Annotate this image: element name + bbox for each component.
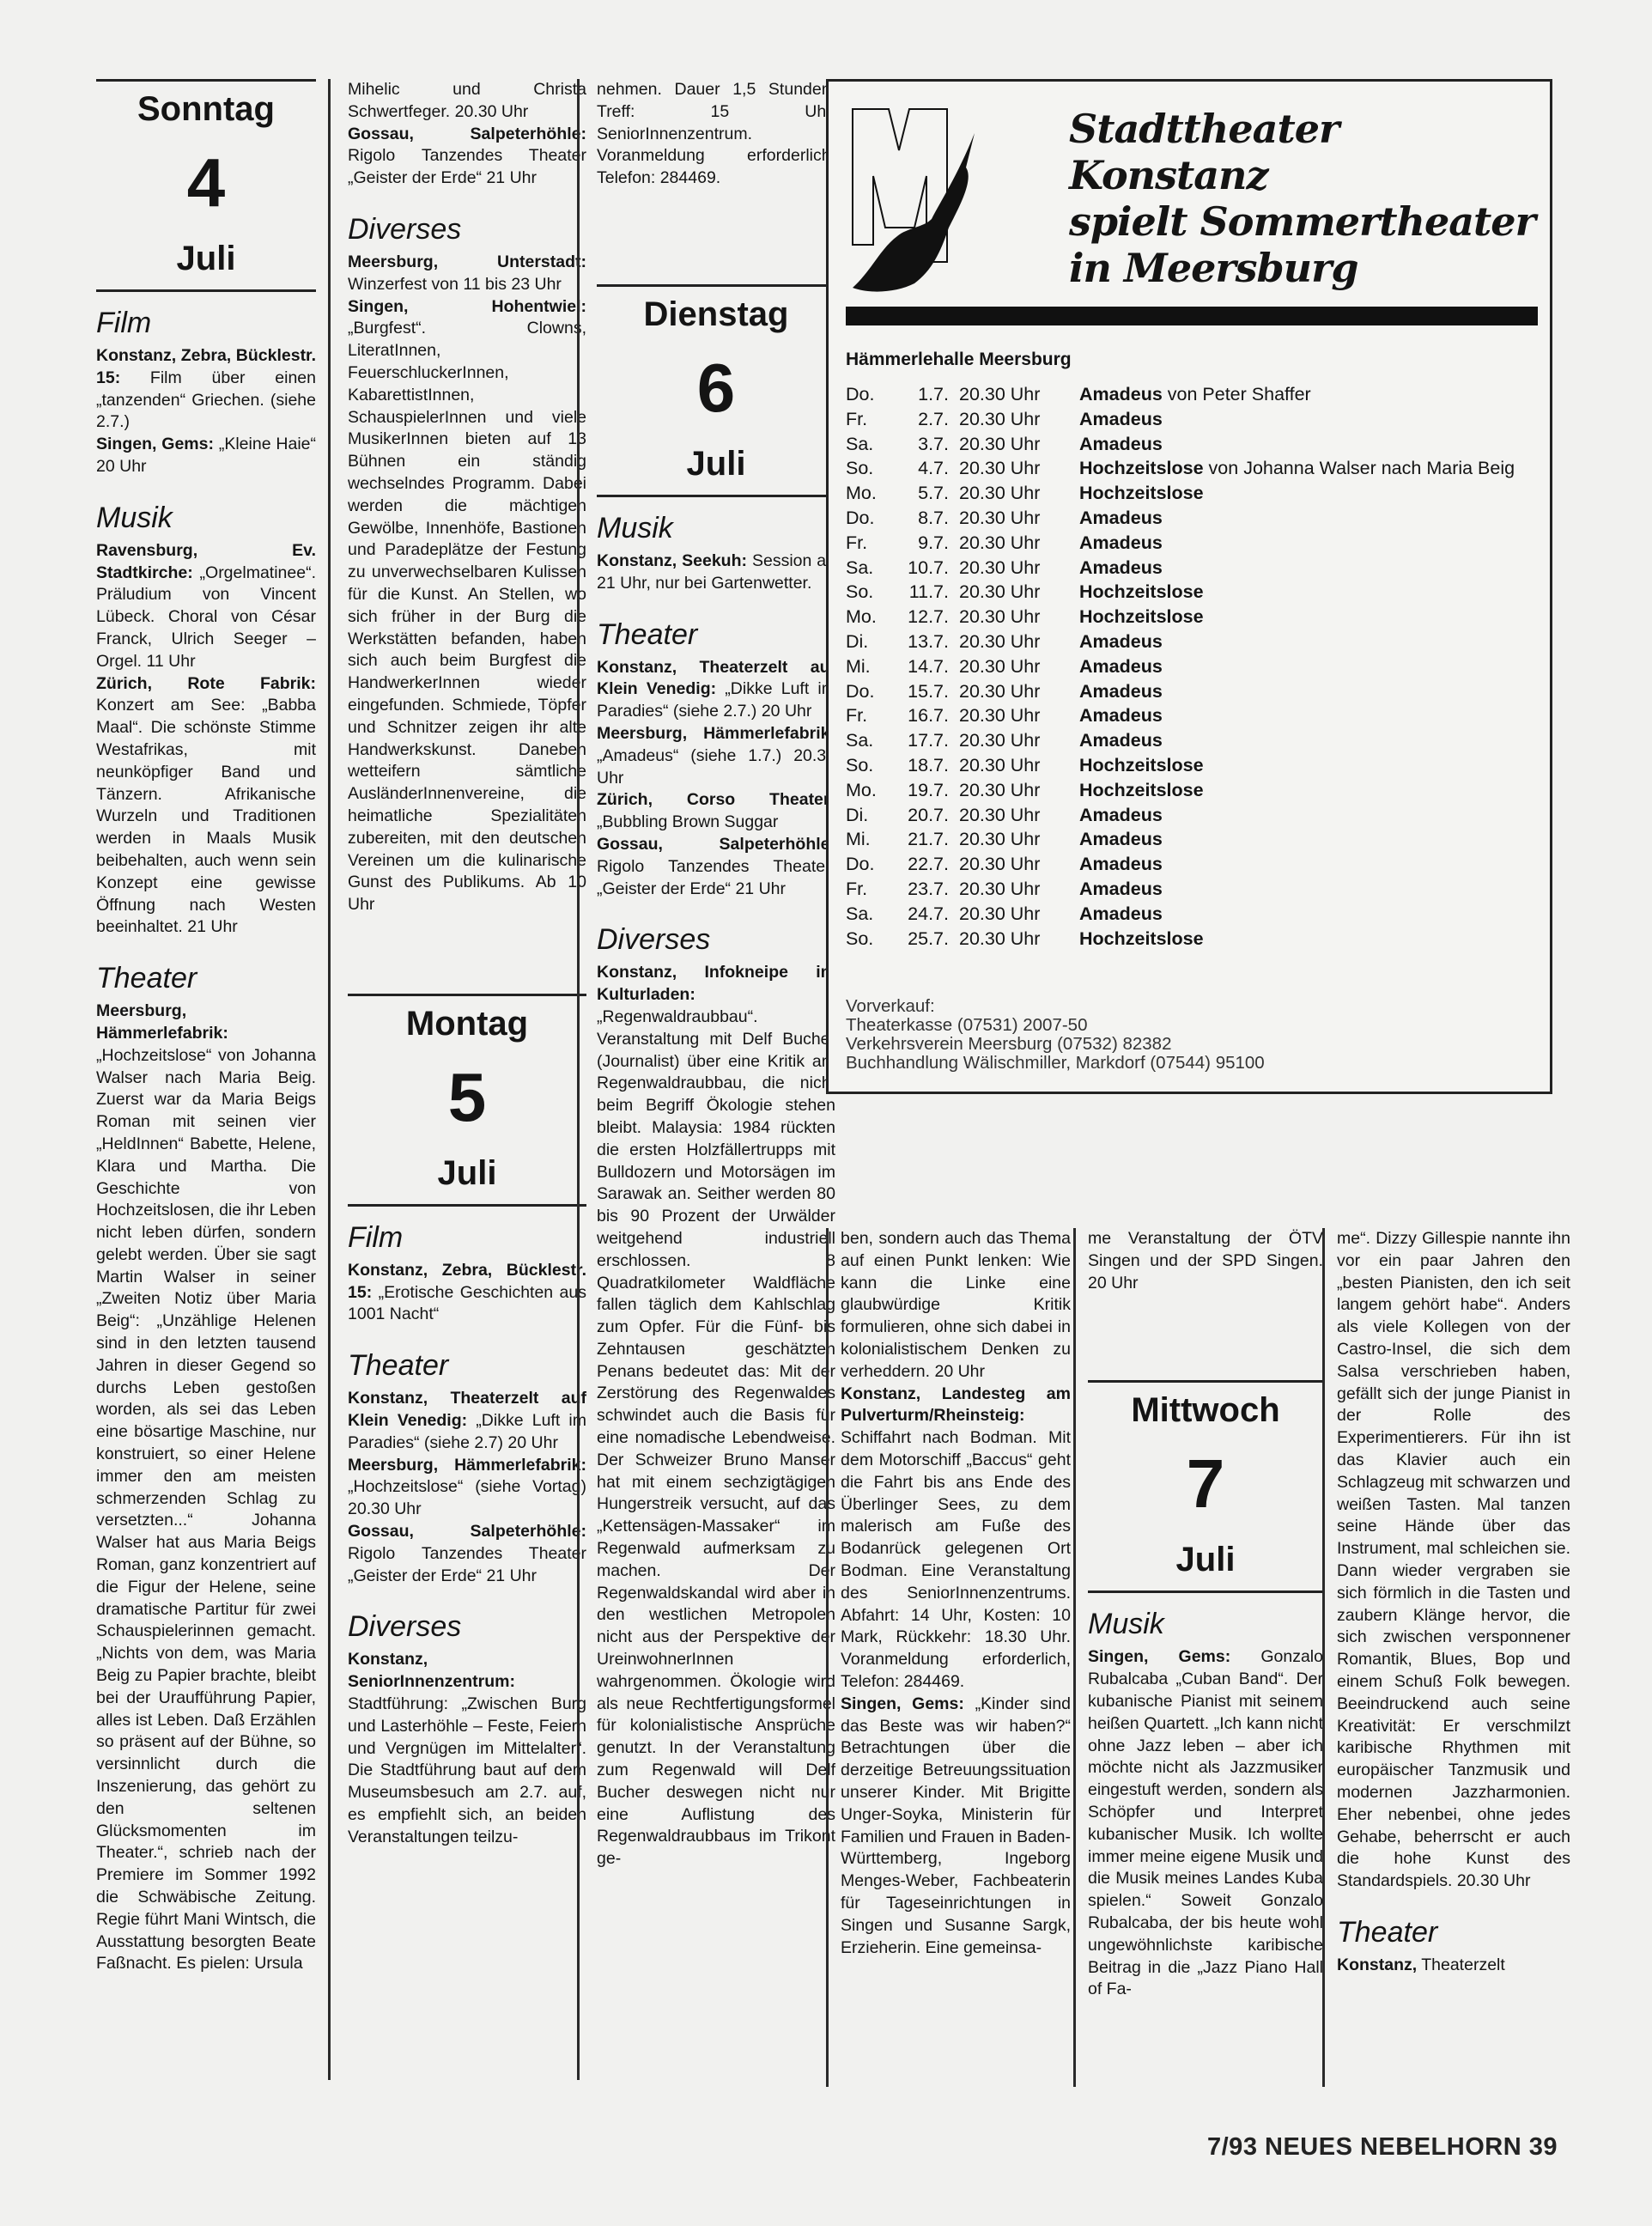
column-5: ben, sondern auch das Thema auf einen Pu…: [826, 1228, 1071, 2087]
column-6: me Veranstaltung der ÖTV Singen und der …: [1073, 1228, 1323, 2087]
month: Juli: [96, 234, 316, 283]
schedule-row: Sa.10.7.20.30 UhrAmadeus: [846, 556, 1515, 581]
schedule-row: Fr.2.7.20.30 UhrAmadeus: [846, 407, 1515, 432]
schedule-row: Di.13.7.20.30 UhrAmadeus: [846, 629, 1515, 654]
day-number: 5: [348, 1046, 586, 1149]
schedule-row: Sa.17.7.20.30 UhrAmadeus: [846, 728, 1515, 753]
category-heading: Film: [96, 306, 316, 340]
day-header-tuesday: Dienstag 6 Juli: [597, 284, 835, 497]
event-listing: Gossau, Salpeterhöhle: Rigolo Tanzendes …: [348, 1521, 586, 1587]
category-heading: Theater: [1337, 1915, 1570, 1949]
ad-headline: Stadttheater Konstanz spielt Sommertheat…: [1069, 106, 1550, 291]
event-listing: Meersburg, Unterstadt: Winzerfest von 11…: [348, 252, 586, 296]
svg-text:M: M: [877, 227, 878, 228]
day-number: 4: [96, 131, 316, 234]
weekday: Montag: [348, 1001, 586, 1046]
performance-schedule: Do.1.7.20.30 UhrAmadeus von Peter Shaffe…: [846, 382, 1515, 951]
event-listing: Singen, Gems: „Kleine Haie“ 20 Uhr: [96, 434, 316, 478]
divider-bar: [846, 307, 1538, 325]
schedule-row: Mo.5.7.20.30 UhrHochzeitslose: [846, 481, 1515, 506]
continued-text: ben, sondern auch das Thema auf einen Pu…: [841, 1228, 1071, 1384]
schedule-row: Do.22.7.20.30 UhrAmadeus: [846, 852, 1515, 877]
schedule-row: Mi.14.7.20.30 UhrAmadeus: [846, 654, 1515, 679]
schedule-row: So.25.7.20.30 UhrHochzeitslose: [846, 927, 1515, 952]
event-listing: Singen, Gems: Gonzalo Rubalcaba „Cuban B…: [1088, 1646, 1323, 2001]
schedule-row: So.18.7.20.30 UhrHochzeitslose: [846, 753, 1515, 778]
schedule-row: So.4.7.20.30 UhrHochzeitslose von Johann…: [846, 456, 1515, 481]
continued-text: me Veranstaltung der ÖTV Singen und der …: [1088, 1228, 1323, 1294]
schedule-row: Mo.12.7.20.30 UhrHochzeitslose: [846, 605, 1515, 629]
month: Juli: [1088, 1536, 1323, 1584]
category-heading: Theater: [597, 617, 835, 652]
event-listing: Konstanz, SeniorInnenzentrum: Stadtführu…: [348, 1649, 586, 1848]
day-header-wednesday: Mittwoch 7 Juli: [1088, 1380, 1323, 1593]
schedule-row: Do.1.7.20.30 UhrAmadeus von Peter Shaffe…: [846, 382, 1515, 407]
event-listing: Konstanz, Zebra, Bücklestr. 15: Film übe…: [96, 345, 316, 434]
column-3: nehmen. Dauer 1,5 Stunden, Treff: 15 Uhr…: [577, 79, 835, 2080]
schedule-row: So.11.7.20.30 UhrHochzeitslose: [846, 580, 1515, 605]
continued-text: me“. Dizzy Gillespie nannte ihn vor ein …: [1337, 1228, 1570, 1893]
schedule-row: Do.8.7.20.30 UhrAmadeus: [846, 506, 1515, 531]
day-header-sunday: Sonntag 4 Juli: [96, 79, 316, 292]
event-listing: Singen, Gems: „Kinder sind das Beste was…: [841, 1694, 1071, 1960]
event-listing: Zürich, Corso Theater: „Bubbling Brown S…: [597, 789, 835, 834]
column-7: me“. Dizzy Gillespie nannte ihn vor ein …: [1322, 1228, 1570, 2087]
schedule-row: Mi.21.7.20.30 UhrAmadeus: [846, 827, 1515, 852]
event-listing: Konstanz, Theaterzelt auf Klein Venedig:…: [348, 1388, 586, 1454]
month: Juli: [597, 440, 835, 488]
event-listing: Konstanz, Zebra, Bücklestr. 15: „Erotisc…: [348, 1260, 586, 1326]
event-listing: Meersburg, Hämmerlefabrik: „Hochzeitslos…: [96, 1000, 316, 1975]
schedule-row: Di.20.7.20.30 UhrAmadeus: [846, 803, 1515, 828]
weekday: Sonntag: [96, 87, 316, 131]
schedule-row: Sa.24.7.20.30 UhrAmadeus: [846, 902, 1515, 927]
event-listing: Meersburg, Hämmerlefabrik: „Amadeus“ (si…: [597, 723, 835, 789]
theater-advertisement: M Stadttheater Konstanz spielt Sommerthe…: [826, 79, 1552, 1094]
category-heading: Theater: [348, 1348, 586, 1383]
event-listing: Zürich, Rote Fabrik: Konzert am See: „Ba…: [96, 673, 316, 940]
venue-name: Hämmerlehalle Meersburg: [846, 350, 1072, 370]
schedule-row: Fr.9.7.20.30 UhrAmadeus: [846, 531, 1515, 556]
weekday: Mittwoch: [1088, 1388, 1323, 1432]
schedule-row: Fr.16.7.20.30 UhrAmadeus: [846, 703, 1515, 728]
schedule-row: Mo.19.7.20.30 UhrHochzeitslose: [846, 778, 1515, 803]
event-listing: Konstanz, Seekuh: Session ab 21 Uhr, nur…: [597, 550, 835, 595]
column-2: Mihelic und Christa Schwertfeger. 20.30 …: [328, 79, 586, 2080]
weekday: Dienstag: [597, 292, 835, 337]
category-heading: Musik: [1088, 1607, 1323, 1641]
event-listing: Konstanz, Infokneipe im Kulturladen: „Re…: [597, 962, 835, 1870]
page-footer: 7/93 NEUES NEBELHORN 39: [1207, 2133, 1558, 2162]
category-heading: Diverses: [348, 1609, 586, 1644]
schedule-row: Do.15.7.20.30 UhrAmadeus: [846, 679, 1515, 704]
event-listing: Singen, Hohentwiel: „Burgfest“. Clowns, …: [348, 296, 586, 916]
event-listing: Gossau, Salpeterhöhle: Rigolo Tanzendes …: [597, 834, 835, 900]
column-sunday: Sonntag 4 Juli Film Konstanz, Zebra, Büc…: [96, 79, 316, 2080]
category-heading: Musik: [96, 501, 316, 535]
category-heading: Film: [348, 1220, 586, 1255]
event-listing: Konstanz, Theaterzelt: [1337, 1955, 1570, 1977]
category-heading: Diverses: [348, 212, 586, 246]
event-listing: Ravensburg, Ev. Stadtkirche: „Orgelmatin…: [96, 540, 316, 673]
schedule-row: Fr.23.7.20.30 UhrAmadeus: [846, 877, 1515, 902]
category-heading: Musik: [597, 511, 835, 545]
event-listing: Gossau, Salpeterhöhle: Rigolo Tanzendes …: [348, 124, 586, 190]
event-listing: Meersburg, Hämmerlefabrik: „Hochzeitslos…: [348, 1455, 586, 1521]
event-listing: Konstanz, Landesteg am Pulverturm/Rheins…: [841, 1384, 1071, 1694]
continued-text: nehmen. Dauer 1,5 Stunden, Treff: 15 Uhr…: [597, 79, 835, 190]
category-heading: Diverses: [597, 922, 835, 957]
theater-logo-icon: M: [846, 99, 975, 296]
event-listing: Konstanz, Theaterzelt auf Klein Venedig:…: [597, 657, 835, 723]
day-header-monday: Montag 5 Juli: [348, 994, 586, 1207]
presale-info: Vorverkauf: Theaterkasse (07531) 2007-50…: [846, 997, 1265, 1073]
month: Juli: [348, 1149, 586, 1197]
day-number: 6: [597, 337, 835, 440]
day-number: 7: [1088, 1432, 1323, 1536]
category-heading: Theater: [96, 961, 316, 995]
continued-text: Mihelic und Christa Schwertfeger. 20.30 …: [348, 79, 586, 124]
schedule-row: Sa.3.7.20.30 UhrAmadeus: [846, 432, 1515, 457]
